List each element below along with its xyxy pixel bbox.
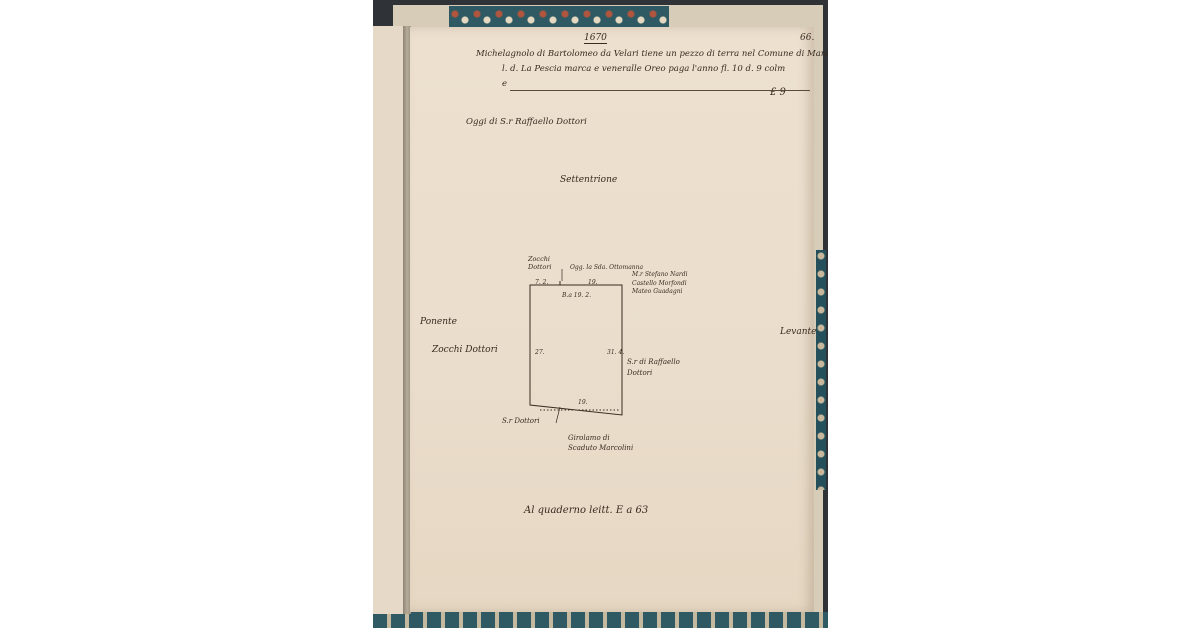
dim-south: 19. bbox=[578, 399, 588, 406]
manuscript-page: 1670 66. Michelagnolo di Bartolomeo da V… bbox=[410, 27, 814, 612]
neighbour-north-strip: Ogg. la Sda. Ottomanna bbox=[570, 264, 643, 271]
neighbour-north-west: Zocchi Dottori bbox=[528, 255, 558, 271]
neighbour-north-east: M.r Stefano Nardi Castello Morfondi Mate… bbox=[632, 271, 692, 297]
marbled-cover-right bbox=[816, 250, 826, 490]
dim-north-right: 19. bbox=[588, 279, 598, 286]
ledger-reference: Al quaderno leitt. E a 63 bbox=[524, 505, 648, 516]
marbled-cover-bottom bbox=[373, 612, 828, 628]
manuscript-scan: 1670 66. Michelagnolo di Bartolomeo da V… bbox=[373, 0, 828, 628]
marbled-cover-top bbox=[449, 6, 669, 28]
dim-north-top: B.a 19. 2. bbox=[562, 292, 591, 299]
neighbour-south: Girolamo di Scaduto Marcolini bbox=[568, 433, 638, 453]
neighbour-south-west: S.r Dottori bbox=[502, 417, 540, 425]
dim-east: 31. 4. bbox=[607, 349, 624, 356]
left-page-edge bbox=[373, 26, 407, 614]
dim-west: 27. bbox=[535, 349, 545, 356]
dim-north-left: 7. 2. bbox=[535, 279, 548, 286]
neighbour-east: S.r di Raffaello Dottori bbox=[627, 357, 687, 379]
plot-outline bbox=[410, 27, 814, 612]
